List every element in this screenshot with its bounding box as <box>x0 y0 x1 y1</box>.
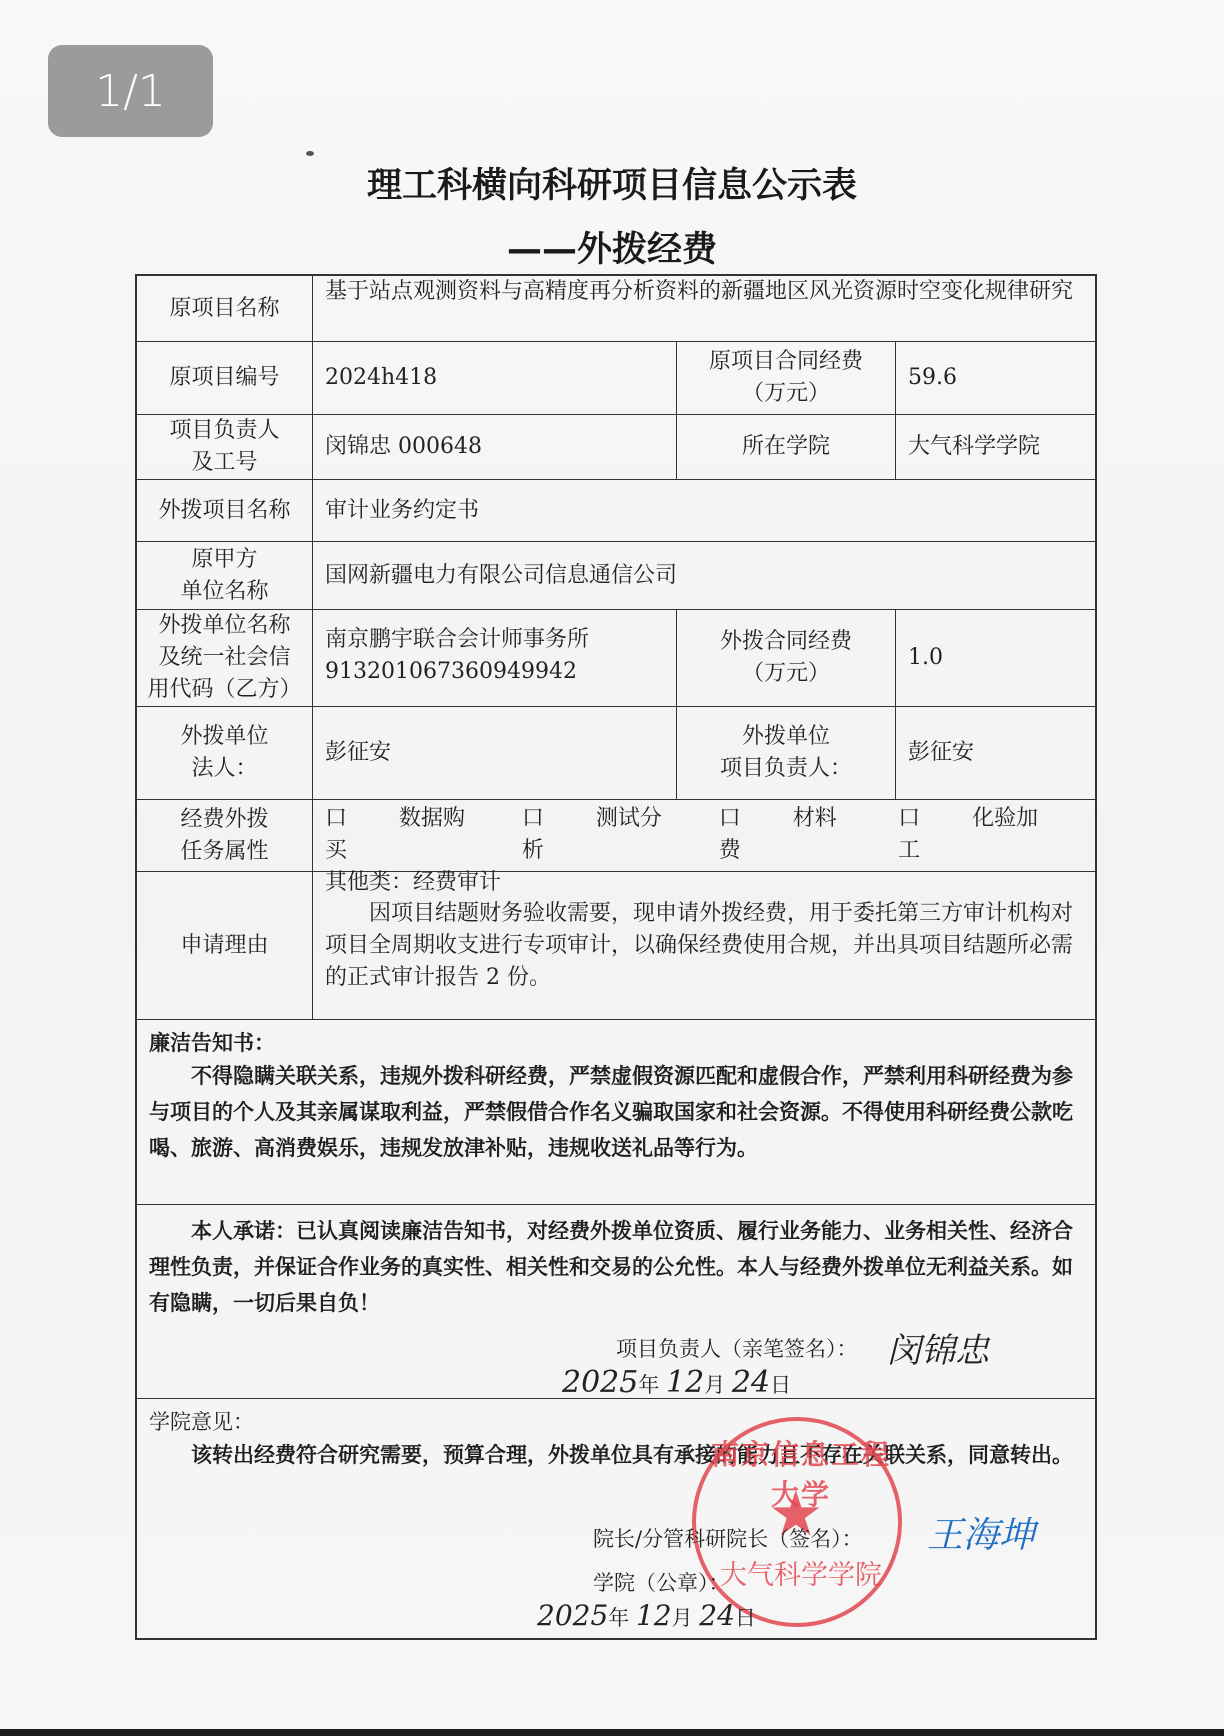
seal-label: 学院（公章）： <box>593 1567 730 1597</box>
reason-text: 因项目结题财务验收需要，现申请外拨经费，用于委托第三方审计机构对项目全周期收支进… <box>325 898 1081 994</box>
value-outsourced-project-name: 审计业务约定书 <box>312 480 1095 541</box>
label-line: 原项目合同经费 <box>709 346 863 378</box>
label-reason: 申请理由 <box>137 872 312 1019</box>
label-line: 项目负责人 <box>169 415 279 447</box>
label-line: 任务属性 <box>180 836 268 868</box>
checkbox-icon: 口 <box>325 806 347 831</box>
label-line: 外拨合同经费 <box>720 626 852 658</box>
handwritten-month: 12 <box>666 1365 704 1400</box>
label-project-leader: 项目负责人 及工号 <box>137 415 312 479</box>
integrity-body: 不得隐瞒关联关系，违规外拨科研经费，严禁虚假资源匹配和虚假合作，严禁利用科研经费… <box>149 1058 1083 1166</box>
value-college: 大气科学学院 <box>895 415 1095 479</box>
row-original-project-number: 原项目编号 2024h418 原项目合同经费 （万元） 59.6 <box>137 342 1095 415</box>
label-line: 单位名称 <box>180 576 268 608</box>
row-outsourced-unit: 外拨单位名称 及统一社会信 用代码（乙方） 南京鹏宇联合会计师事务所 91320… <box>137 610 1095 707</box>
label-task-attribute: 经费外拨 任务属性 <box>137 800 312 871</box>
row-outsourced-project-name: 外拨项目名称 审计业务约定书 <box>137 480 1095 542</box>
handwritten-day: 24 <box>732 1365 770 1400</box>
value-outsourced-project-leader: 彭征安 <box>895 707 1095 799</box>
label-outsourced-project-leader: 外拨单位 项目负责人： <box>676 707 895 799</box>
bottom-bar <box>0 1729 1224 1736</box>
value-outsourced-contract-funds: 1.0 <box>895 610 1095 706</box>
date-suffix: 日 <box>770 1373 791 1397</box>
option-data-purchase[interactable]: 口 数据购买 <box>325 803 484 867</box>
label-line: 及工号 <box>169 447 279 479</box>
task-attribute-options: 口 数据购买 口 测试分析 口 材料费 口 化验加工 <box>325 803 1095 867</box>
value-original-project-name: 基于站点观测资料与高精度再分析资料的新疆地区风光资源时空变化规律研究 <box>312 276 1095 341</box>
row-commitment: 本人承诺：已认真阅读廉洁告知书，对经费外拨单位资质、履行业务能力、业务相关性、经… <box>137 1205 1095 1399</box>
label-line: 原甲方 <box>180 544 268 576</box>
label-line: 外拨单位 <box>720 721 852 753</box>
value-outsourced-legal-rep: 彭征安 <box>312 707 676 799</box>
row-task-attribute: 经费外拨 任务属性 口 数据购买 口 测试分析 口 材料费 口 化验加工 其他类… <box>137 800 1095 872</box>
label-line: （万元） <box>720 658 852 690</box>
dean-signature[interactable]: 王海坤 <box>927 1507 1035 1558</box>
date-suffix: 月 <box>672 1606 693 1630</box>
value-task-attribute: 口 数据购买 口 测试分析 口 材料费 口 化验加工 其他类：经费审计 <box>312 800 1095 871</box>
checkbox-icon: 口 <box>719 806 741 831</box>
row-project-leader: 项目负责人 及工号 闵锦忠 000648 所在学院 大气科学学院 <box>137 415 1095 480</box>
leader-signature-label: 项目负责人（亲笔签名）： <box>616 1333 858 1363</box>
checkbox-icon: 口 <box>898 806 920 831</box>
row-outsourced-legal-rep: 外拨单位 法人： 彭征安 外拨单位 项目负责人： 彭征安 <box>137 707 1095 800</box>
date-suffix: 年 <box>608 1606 629 1630</box>
checkbox-icon: 口 <box>522 806 544 831</box>
handwritten-month: 12 <box>636 1599 672 1632</box>
label-line: 经费外拨 <box>180 804 268 836</box>
label-outsourced-legal-rep: 外拨单位 法人： <box>137 707 312 799</box>
value-reason: 因项目结题财务验收需要，现申请外拨经费，用于委托第三方审计机构对项目全周期收支进… <box>312 872 1095 1019</box>
label-line: 外拨单位名称 <box>147 610 301 642</box>
page-indicator: 1/1 <box>48 45 213 137</box>
option-test-analysis[interactable]: 口 测试分析 <box>522 803 681 867</box>
label-outsourced-contract-funds: 外拨合同经费 （万元） <box>676 610 895 706</box>
date-suffix: 日 <box>735 1606 756 1630</box>
college-opinion-heading: 学院意见： <box>149 1407 1083 1437</box>
handwritten-year: 2025 <box>562 1365 638 1400</box>
integrity-notice: 廉洁告知书： 不得隐瞒关联关系，违规外拨科研经费，严禁虚假资源匹配和虚假合作，严… <box>137 1020 1095 1204</box>
label-college: 所在学院 <box>676 415 895 479</box>
leader-signature[interactable]: 闵锦忠 <box>887 1323 989 1372</box>
value-project-leader: 闵锦忠 000648 <box>312 415 676 479</box>
label-original-project-number: 原项目编号 <box>137 342 312 414</box>
label-line: 法人： <box>180 753 268 785</box>
integrity-heading: 廉洁告知书： <box>149 1028 1083 1058</box>
row-original-party-a: 原甲方 单位名称 国网新疆电力有限公司信息通信公司 <box>137 542 1095 610</box>
document-page: 1/1 理工科横向科研项目信息公示表 ——外拨经费 原项目名称 基于站点观测资料… <box>0 0 1224 1729</box>
label-original-contract-funds: 原项目合同经费 （万元） <box>676 342 895 414</box>
handwritten-day: 24 <box>699 1599 735 1632</box>
commitment-body: 本人承诺：已认真阅读廉洁告知书，对经费外拨单位资质、履行业务能力、业务相关性、经… <box>149 1213 1083 1321</box>
label-outsourced-unit: 外拨单位名称 及统一社会信 用代码（乙方） <box>137 610 312 706</box>
document-subtitle: ——外拨经费 <box>0 222 1224 272</box>
document-title: 理工科横向科研项目信息公示表 <box>0 158 1224 208</box>
label-line: 项目负责人： <box>720 753 852 785</box>
commitment: 本人承诺：已认真阅读廉洁告知书，对经费外拨单位资质、履行业务能力、业务相关性、经… <box>137 1205 1095 1398</box>
leader-sign-date: 2025年 12月 24日 <box>562 1365 791 1400</box>
option-materials[interactable]: 口 材料费 <box>719 803 860 867</box>
college-sign-date: 2025年 12月 24日 <box>537 1599 756 1632</box>
label-line: （万元） <box>709 378 863 410</box>
label-original-project-name: 原项目名称 <box>137 276 312 341</box>
label-line: 及统一社会信 <box>147 642 301 674</box>
option-lab-processing[interactable]: 口 化验加工 <box>898 803 1057 867</box>
value-outsourced-unit: 南京鹏宇联合会计师事务所 913201067360949942 <box>312 610 676 706</box>
date-suffix: 年 <box>638 1373 659 1397</box>
value-original-party-a: 国网新疆电力有限公司信息通信公司 <box>312 542 1095 609</box>
dean-signature-label: 院长/分管科研院长（签名）： <box>593 1523 863 1553</box>
label-line: 用代码（乙方） <box>147 674 301 706</box>
label-outsourced-project-name: 外拨项目名称 <box>137 480 312 541</box>
label-line: 外拨单位 <box>180 721 268 753</box>
college-opinion-body: 该转出经费符合研究需要，预算合理，外拨单位具有承接的能力且不存在关联关系，同意转… <box>149 1437 1083 1473</box>
stamp-dept: 大气科学学院 <box>718 1553 884 1592</box>
row-reason: 申请理由 因项目结题财务验收需要，现申请外拨经费，用于委托第三方审计机构对项目全… <box>137 872 1095 1020</box>
value-original-contract-funds: 59.6 <box>895 342 1095 414</box>
info-table: 原项目名称 基于站点观测资料与高精度再分析资料的新疆地区风光资源时空变化规律研究… <box>135 274 1097 1640</box>
date-suffix: 月 <box>704 1373 725 1397</box>
college-opinion: 学院意见： 该转出经费符合研究需要，预算合理，外拨单位具有承接的能力且不存在关联… <box>137 1399 1095 1638</box>
scan-speck <box>306 151 314 156</box>
outsourced-unit-name: 南京鹏宇联合会计师事务所 <box>325 624 589 656</box>
row-college-opinion: 学院意见： 该转出经费符合研究需要，预算合理，外拨单位具有承接的能力且不存在关联… <box>137 1399 1095 1638</box>
value-original-project-number: 2024h418 <box>312 342 676 414</box>
outsourced-unit-credit-code: 913201067360949942 <box>325 656 589 688</box>
handwritten-year: 2025 <box>537 1599 608 1632</box>
row-original-project-name: 原项目名称 基于站点观测资料与高精度再分析资料的新疆地区风光资源时空变化规律研究 <box>137 276 1095 342</box>
row-integrity-notice: 廉洁告知书： 不得隐瞒关联关系，违规外拨科研经费，严禁虚假资源匹配和虚假合作，严… <box>137 1020 1095 1205</box>
label-original-party-a: 原甲方 单位名称 <box>137 542 312 609</box>
